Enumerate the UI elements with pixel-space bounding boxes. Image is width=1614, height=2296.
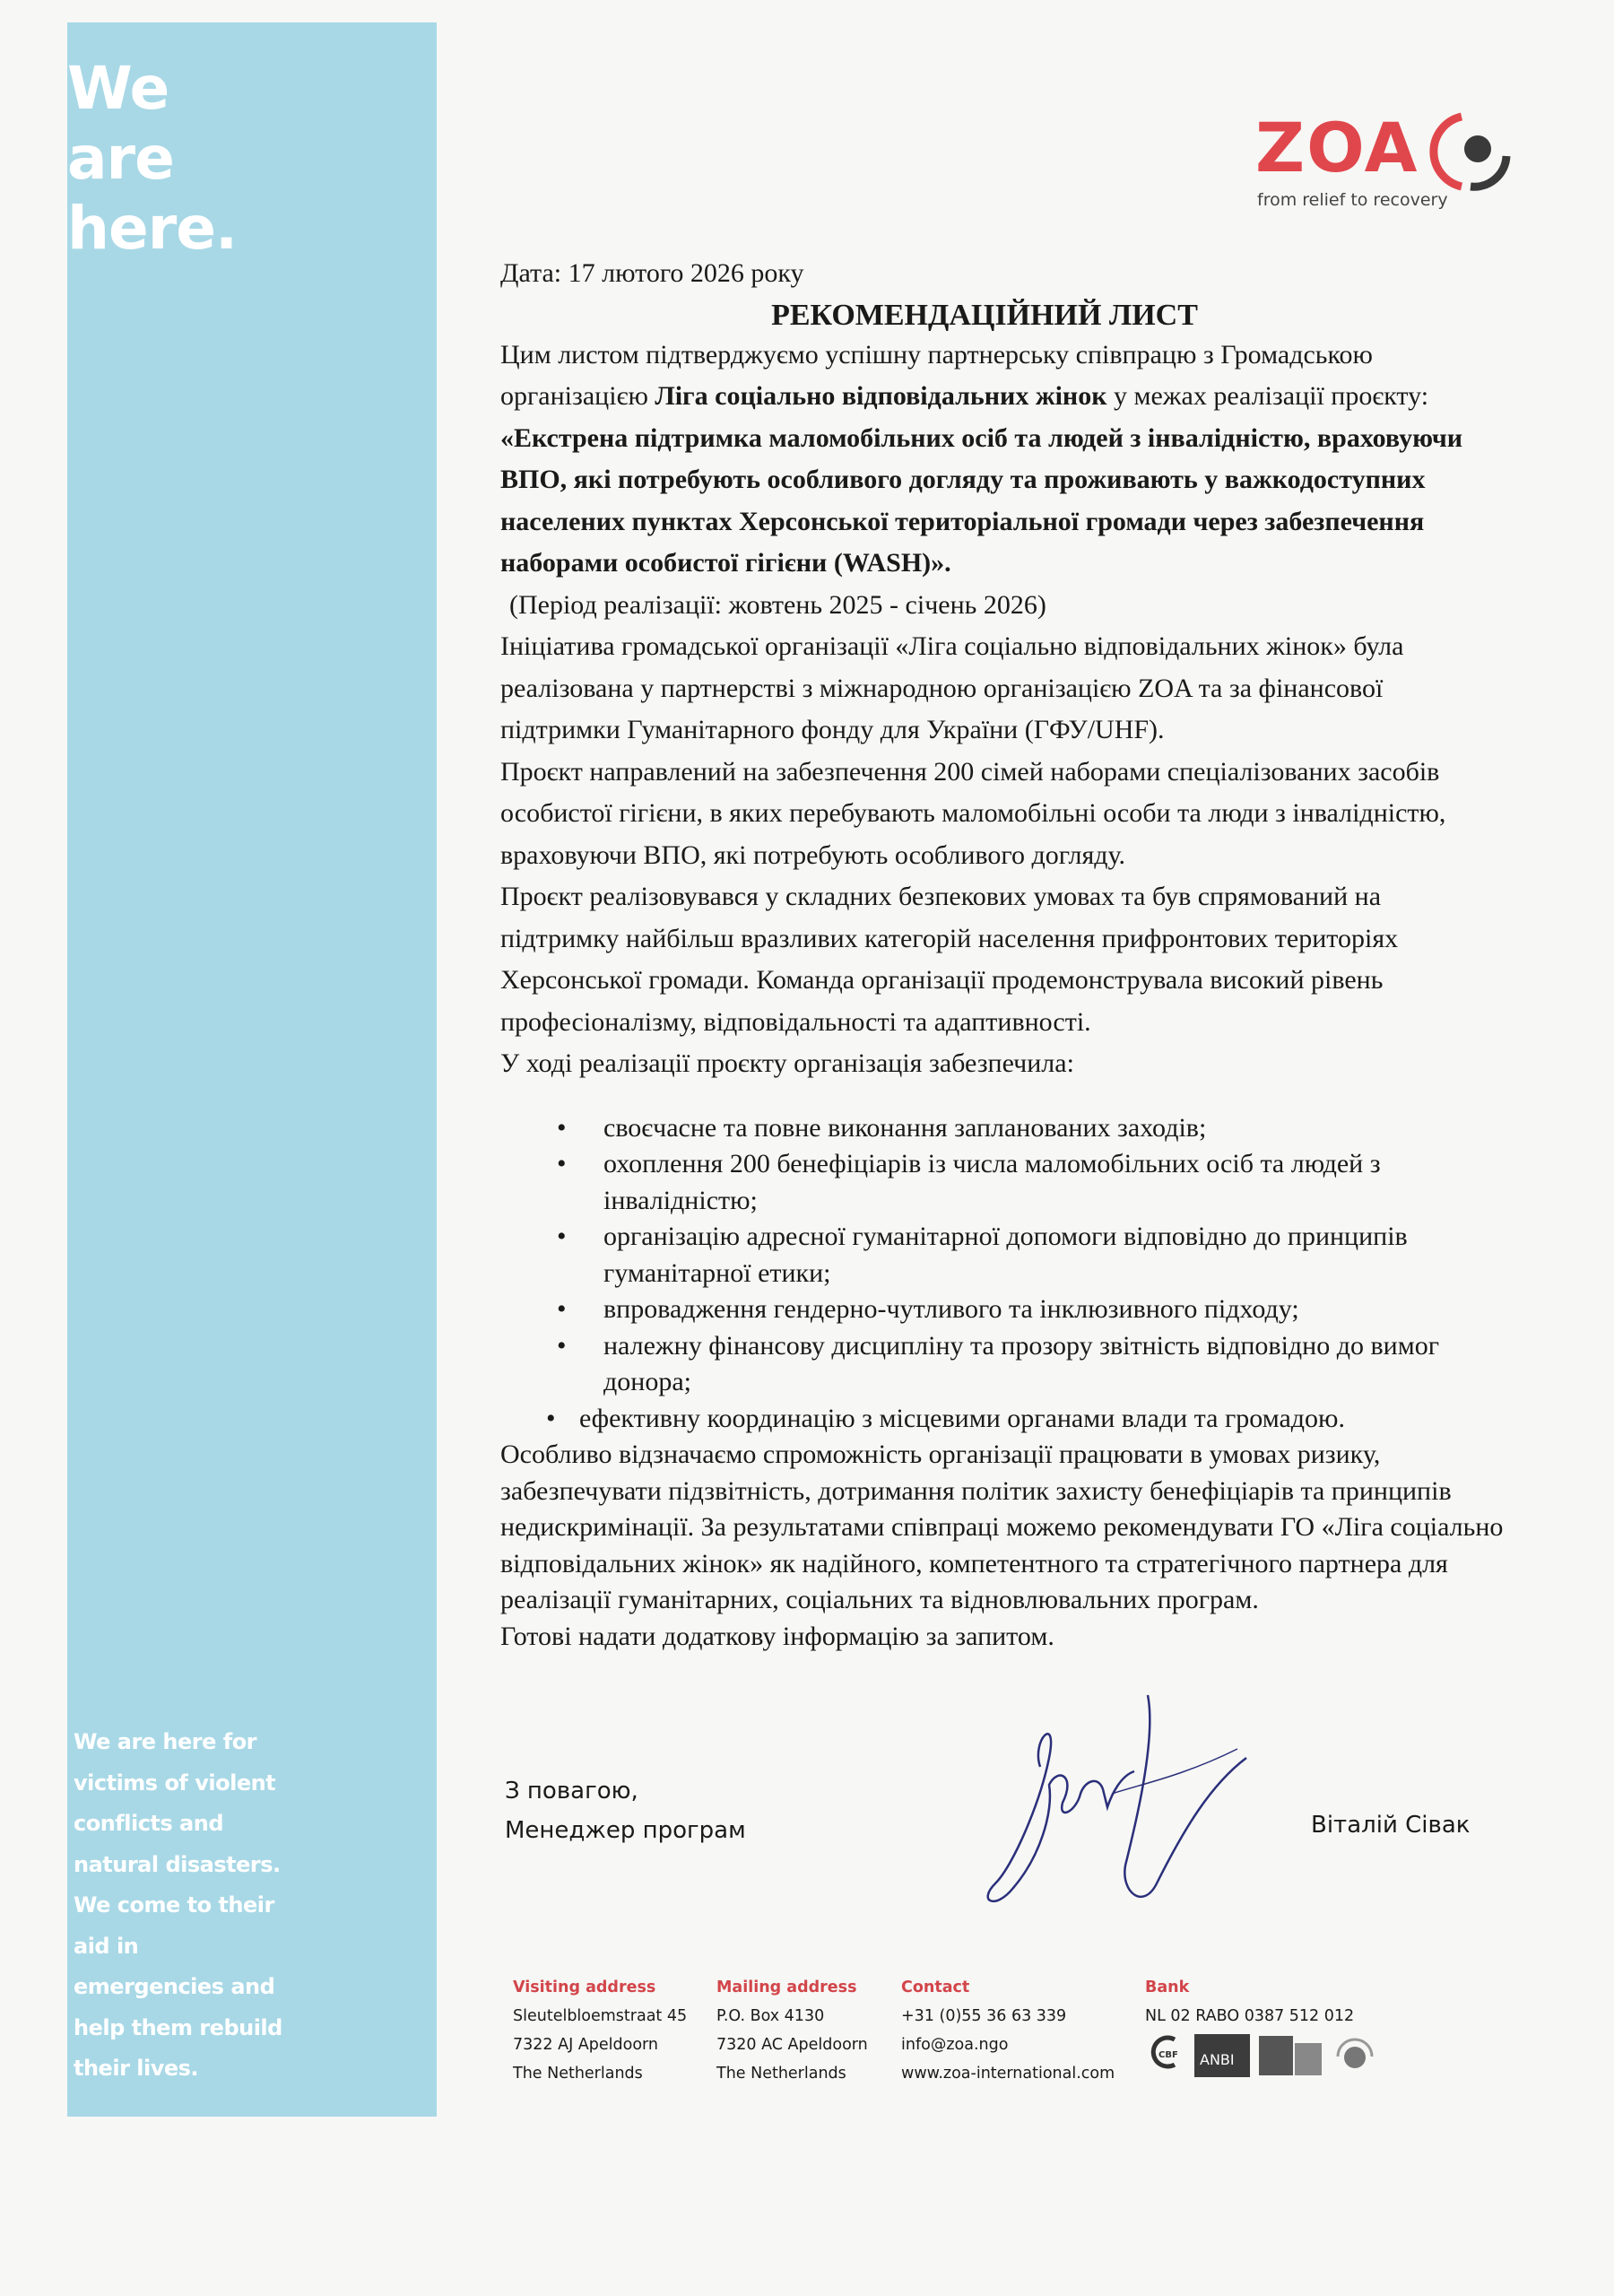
- mission-line: emergencies and: [74, 1967, 343, 2008]
- handwritten-signature-icon: [977, 1686, 1273, 1919]
- zoa-logo: ZOA from relief to recovery: [1255, 108, 1542, 224]
- achievements-list: своєчасне та повне виконання заплановани…: [500, 1110, 1505, 1438]
- visiting-address-line: The Netherlands: [513, 2059, 687, 2088]
- achievements-intro: У ході реалізації проєкту організація за…: [500, 1043, 1505, 1085]
- logo-tagline: from relief to recovery: [1257, 190, 1448, 210]
- mission-line: victims of violent: [74, 1763, 343, 1805]
- mission-statement: We are here for victims of violent confl…: [74, 1722, 343, 2090]
- signer-name: Віталій Сівак: [1311, 1812, 1470, 1839]
- intro-text-2: у межах реалізації проєкту:: [1107, 381, 1429, 411]
- mission-line: We are here for: [74, 1722, 343, 1763]
- visiting-address: Visiting address Sleutelbloemstraat 45 7…: [513, 1973, 687, 2088]
- contact-heading: Contact: [901, 1973, 1115, 2002]
- mailing-address: Mailing address P.O. Box 4130 7320 AC Ap…: [716, 1973, 868, 2088]
- visiting-address-line: 7322 AJ Apeldoorn: [513, 2031, 687, 2059]
- regards: З повагою,: [505, 1771, 746, 1811]
- mission-line: help them rebuild: [74, 2008, 343, 2049]
- bank-account: NL 02 RABO 0387 512 012: [1145, 2002, 1354, 2031]
- mission-line: conflicts and: [74, 1804, 343, 1845]
- mission-line: natural disasters.: [74, 1845, 343, 1886]
- svg-text:CBF: CBF: [1158, 2050, 1178, 2060]
- visiting-address-line: Sleutelbloemstraat 45: [513, 2002, 687, 2031]
- list-item: охоплення 200 бенефіціарів із числа мало…: [554, 1146, 1505, 1219]
- mailing-address-line: 7320 AC Apeldoorn: [716, 2031, 868, 2059]
- implementation-period: (Період реалізації: жовтень 2025 - січен…: [500, 585, 1505, 627]
- mission-line: We come to their: [74, 1885, 343, 1926]
- signer-position: Менеджер програм: [505, 1811, 746, 1850]
- list-item: своєчасне та повне виконання заплановани…: [554, 1110, 1505, 1147]
- logo-wordmark: ZOA: [1255, 108, 1419, 188]
- mailing-address-line: P.O. Box 4130: [716, 2002, 868, 2031]
- slogan-line: We: [67, 54, 237, 124]
- final-paragraph: Готові надати додаткову інформацію за за…: [500, 1619, 1505, 1656]
- contact-info: Contact +31 (0)55 36 63 339 info@zoa.ngo…: [901, 1973, 1115, 2088]
- project-paragraph: Проєкт направлений на забезпечення 200 с…: [500, 752, 1505, 877]
- cbf-badge-icon: CBF: [1148, 2034, 1187, 2079]
- mission-line: their lives.: [74, 2048, 343, 2090]
- letter-body: Дата: 17 лютого 2026 року РЕКОМЕНДАЦІЙНИ…: [500, 253, 1505, 1655]
- logo-circle-mark-icon: [1427, 111, 1517, 192]
- project-title: «Екстрена підтримка маломобільних осіб т…: [500, 423, 1462, 578]
- organization-name: Ліга соціально відповідальних жінок: [655, 381, 1106, 411]
- bank-info: Bank NL 02 RABO 0387 512 012: [1145, 1973, 1354, 2031]
- bank-heading: Bank: [1145, 1973, 1354, 2002]
- mission-line: aid in: [74, 1926, 343, 1968]
- conditions-paragraph: Проєкт реалізовувався у складних безпеко…: [500, 876, 1505, 1043]
- mailing-address-heading: Mailing address: [716, 1973, 868, 2002]
- intro-paragraph: Цим листом підтверджуємо успішну партнер…: [500, 335, 1505, 585]
- letter-title: РЕКОМЕНДАЦІЙНИЙ ЛИСТ: [500, 295, 1505, 336]
- slogan: We are here.: [67, 54, 237, 264]
- svg-text:ANBI: ANBI: [1200, 2051, 1235, 2068]
- contact-phone: +31 (0)55 36 63 339: [901, 2002, 1115, 2031]
- contact-website[interactable]: www.zoa-international.com: [901, 2059, 1115, 2088]
- list-item: належну фінансову дисципліну та прозору …: [554, 1328, 1505, 1401]
- letter-date: Дата: 17 лютого 2026 року: [500, 253, 1505, 295]
- closing-paragraph: Особливо відзначаємо спроможність органі…: [500, 1437, 1505, 1619]
- list-item: організацію адресної гуманітарної допомо…: [554, 1219, 1505, 1291]
- signature-block: З повагою, Менеджер програм: [505, 1771, 746, 1850]
- quality-badge-icon: [1332, 2034, 1377, 2079]
- mailing-address-line: The Netherlands: [716, 2059, 868, 2088]
- list-item: впровадження гендерно-чутливого та інклю…: [554, 1291, 1505, 1328]
- partner-badge-icon: [1259, 2034, 1323, 2077]
- anbi-badge-icon: ANBI: [1194, 2034, 1250, 2077]
- slogan-line: are: [67, 124, 237, 194]
- slogan-line: here.: [67, 194, 237, 264]
- initiative-paragraph: Ініціатива громадської організації «Ліга…: [500, 626, 1505, 752]
- visiting-address-heading: Visiting address: [513, 1973, 687, 2002]
- list-item: ефективну координацію з місцевими органа…: [543, 1401, 1505, 1438]
- contact-email[interactable]: info@zoa.ngo: [901, 2031, 1115, 2059]
